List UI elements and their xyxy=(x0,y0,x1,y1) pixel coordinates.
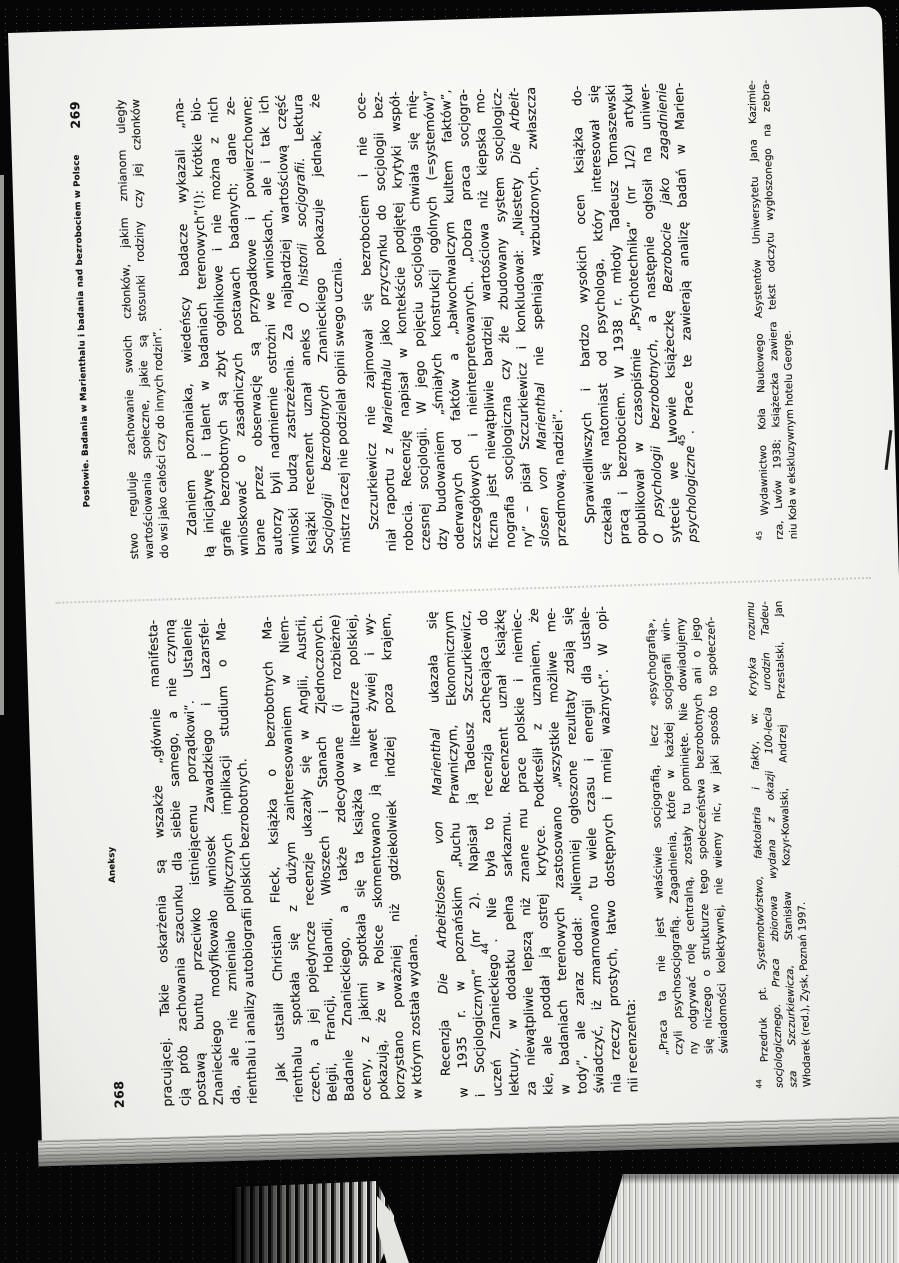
block-quote: stwo reguluje zachowanie swoich członków… xyxy=(113,98,172,559)
page-number: 268 xyxy=(111,1080,127,1108)
paragraph: Szczurkiewicz nie zajmował się bezroboci… xyxy=(352,86,570,552)
paragraph: Zdaniem poznaniaka, wiedeńscy badacze wy… xyxy=(170,93,354,558)
page-268: 268 Aneksy pracującej. Takie oskarżenia … xyxy=(26,589,899,1160)
running-head-title: Posłowie. Badania w Marienthalu i badani… xyxy=(70,101,94,561)
paragraph: Sprawiedliwszych i bardzo wysokich ocen … xyxy=(568,82,701,545)
running-head: 268 Aneksy xyxy=(100,621,125,1108)
fore-edge-pages-right xyxy=(597,1174,899,1263)
book-spread: 268 Aneksy pracującej. Takie oskarżenia … xyxy=(8,6,899,1160)
running-head-title: Aneksy xyxy=(100,621,125,1108)
book-scan: 268 Aneksy pracującej. Takie oskarżenia … xyxy=(8,6,899,1160)
paragraph: Recenzja Die Arbeitslosen von Marienthal… xyxy=(423,605,642,1098)
paragraph: pracującej. Takie oskarżenia są wszakże … xyxy=(144,617,261,1107)
paragraph: Jak ustalił Christian Fleck, książka o b… xyxy=(258,612,426,1103)
footnote-44: 44 Przedruk pt. Systemotwórstwo, faktola… xyxy=(745,600,816,1088)
text-block: stwo reguluje zachowanie swoich członków… xyxy=(113,82,701,559)
scanner-edge-sliver xyxy=(0,175,4,715)
page-269: Posłowie. Badania w Marienthalu i badani… xyxy=(8,6,899,587)
footnote-45: 45 Wydawnictwo Koła Naukowego Asystentów… xyxy=(746,79,802,540)
block-quote: „Praca ta nie jest właściwie socjografią… xyxy=(643,617,731,1056)
text-block: pracującej. Takie oskarżenia są wszakże … xyxy=(144,603,733,1107)
running-head: Posłowie. Badania w Marienthalu i badani… xyxy=(70,101,94,561)
page-number: 269 xyxy=(67,101,83,129)
